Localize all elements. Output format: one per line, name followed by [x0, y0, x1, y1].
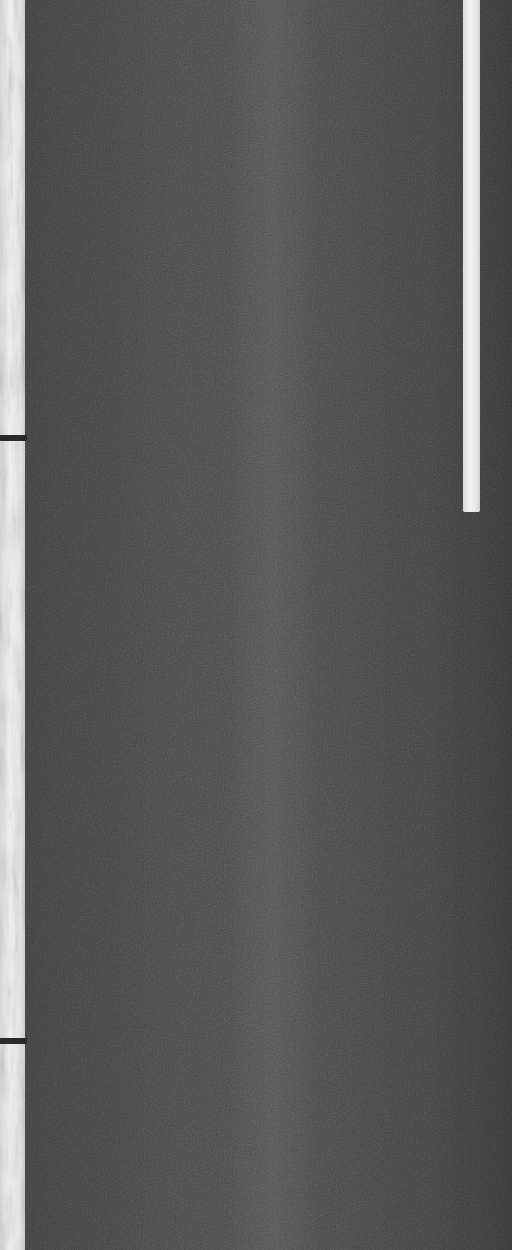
road-scene: [0, 0, 512, 1250]
pavement-joint: [0, 435, 27, 441]
edge-line-wear: [0, 0, 25, 1250]
pavement-joint: [0, 1038, 27, 1044]
tire-wear-band: [230, 0, 320, 1250]
dashed-lane-line-segment: [463, 0, 480, 512]
